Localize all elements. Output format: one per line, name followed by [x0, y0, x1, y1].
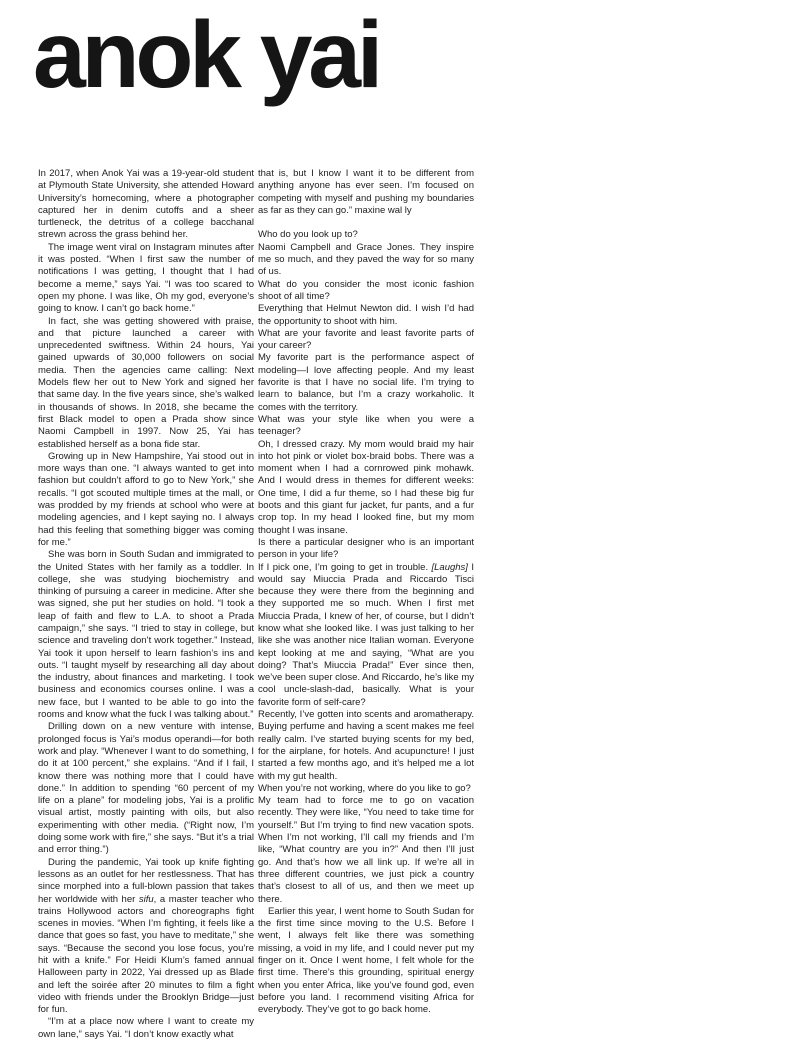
interview-answer: My team had to force me to go on vacatio…: [258, 795, 474, 906]
answer-text: If I pick one, I’m going to get in troub…: [258, 562, 432, 573]
interview-answer: Naomi Campbell and Grace Jones. They ins…: [258, 242, 474, 279]
article-column-right: that is, but I know I want it to be diff…: [258, 168, 474, 1016]
article-paragraph: Drilling down on a new venture with inte…: [38, 721, 254, 856]
italic-term: sifu: [139, 894, 154, 905]
article-column-left: In 2017, when Anok Yai was a 19-year-old…: [38, 168, 254, 1040]
interview-question: What do you consider the most iconic fas…: [258, 279, 474, 304]
paragraph-text: , a master teacher who trains Hollywood …: [38, 894, 254, 1016]
interview-answer: Recently, I’ve gotten into scents and ar…: [258, 709, 474, 783]
article-paragraph: Earlier this year, I went home to South …: [258, 906, 474, 1017]
article-paragraph: The image went viral on Instagram minute…: [38, 242, 254, 316]
article-paragraph: In 2017, when Anok Yai was a 19-year-old…: [38, 168, 254, 242]
article-paragraph: She was born in South Sudan and immigrat…: [38, 549, 254, 721]
interview-answer: My favorite part is the performance aspe…: [258, 352, 474, 413]
interview-answer: Oh, I dressed crazy. My mom would braid …: [258, 439, 474, 537]
article-paragraph-continuation: that is, but I know I want it to be diff…: [258, 168, 474, 217]
stage-direction: [Laughs]: [432, 562, 468, 573]
interview-question: When you’re not working, where do you li…: [258, 783, 474, 795]
interview-question: Who do you look up to?: [258, 229, 474, 241]
article-paragraph: Growing up in New Hampshire, Yai stood o…: [38, 451, 254, 549]
interview-answer: If I pick one, I’m going to get in troub…: [258, 562, 474, 710]
article-paragraph: In fact, she was getting showered with p…: [38, 316, 254, 451]
article-paragraph: “I’m at a place now where I want to crea…: [38, 1016, 254, 1040]
page-title: anok yai: [33, 8, 379, 103]
article-paragraph: During the pandemic, Yai took up knife f…: [38, 857, 254, 1017]
answer-text: I would say Miuccia Prada and Riccardo T…: [258, 562, 474, 708]
interview-question: Is there a particular designer who is an…: [258, 537, 474, 562]
interview-answer: Everything that Helmut Newton did. I wis…: [258, 303, 474, 328]
magazine-page: anok yai In 2017, when Anok Yai was a 19…: [0, 0, 800, 1040]
byline: maxine wal ly: [355, 205, 412, 216]
interview-question: What was your style like when you were a…: [258, 414, 474, 439]
interview-question: What are your favorite and least favorit…: [258, 328, 474, 353]
